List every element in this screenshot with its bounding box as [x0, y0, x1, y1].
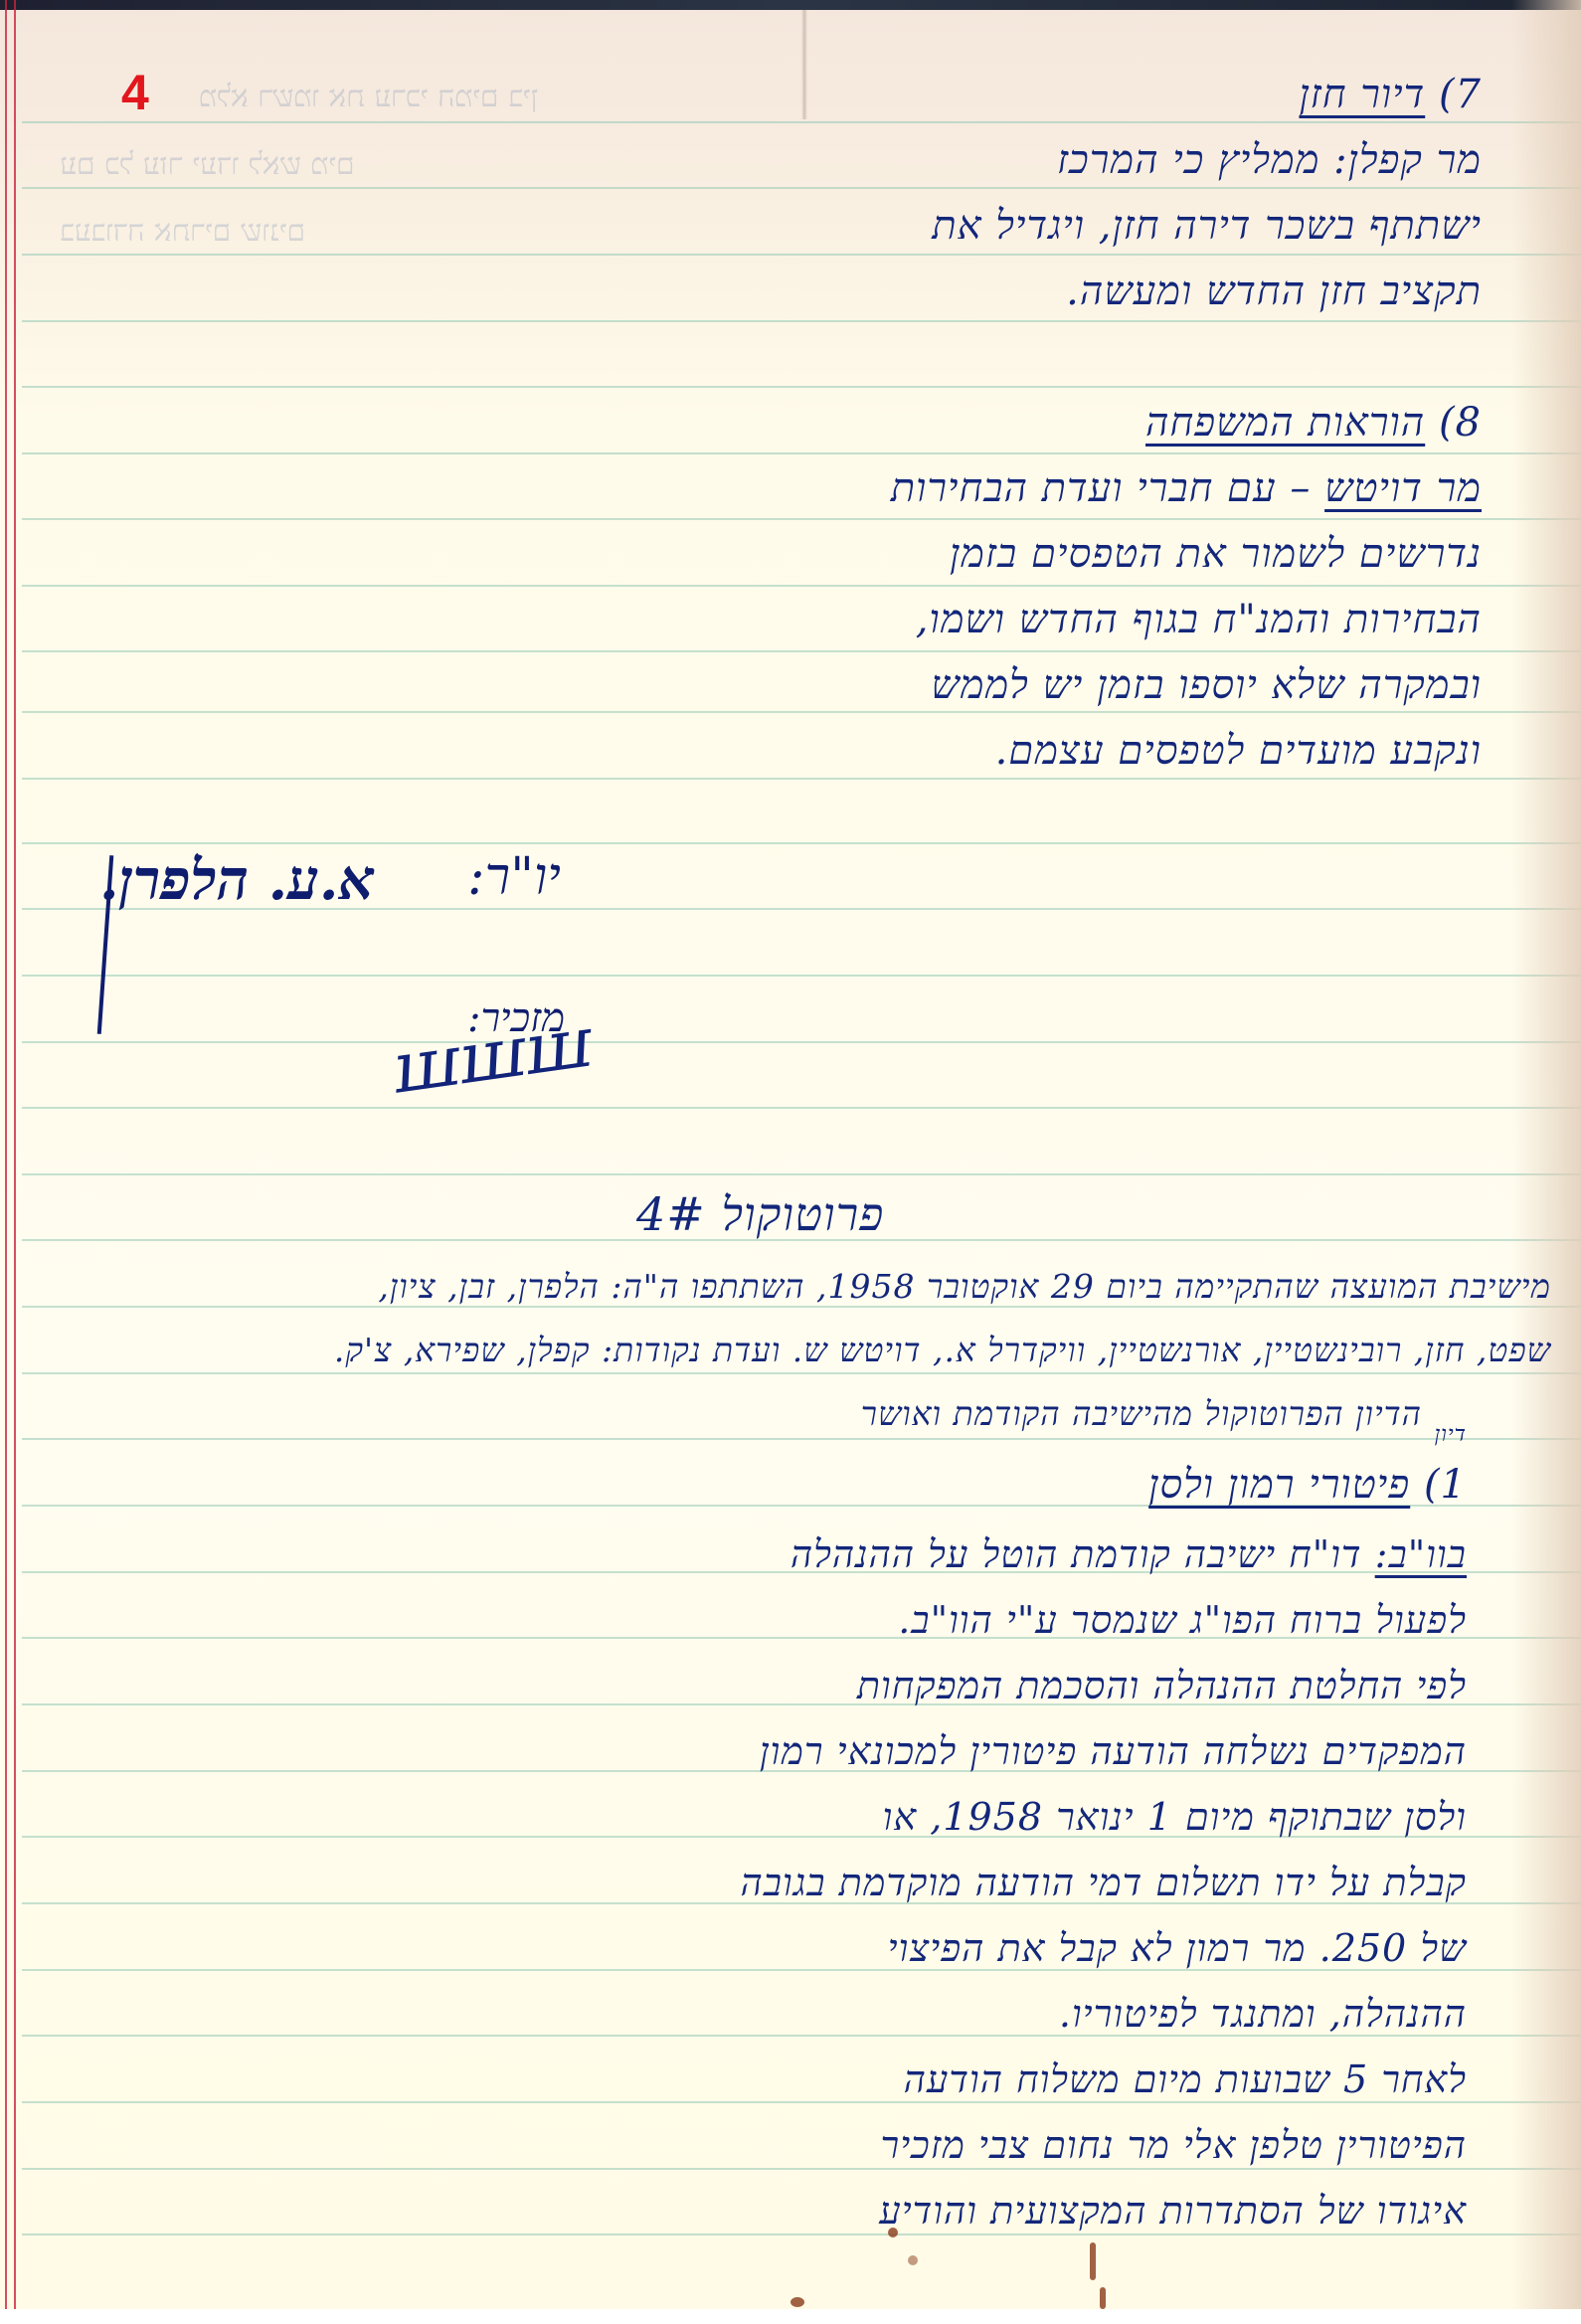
- item1-line: ההנהלה, ומתנגד לפיטוריו.: [740, 1981, 1467, 2047]
- item1-line: ולסן שבתוקף מיום 1 ינואר 1958, או: [740, 1784, 1467, 1850]
- item8-number: 8): [1439, 400, 1482, 446]
- ink-stain: [790, 2297, 804, 2307]
- item1-title-note: דיון: [1435, 1422, 1467, 1448]
- protocol-intro-line: הדיון הפרוטוקול מהישיבה הקודמת ואושר: [334, 1382, 1551, 1446]
- protocol-intro-line: מישיבת המועצה שהתקיימה ביום 29 אוקטובר 1…: [334, 1255, 1551, 1319]
- item1-line: הפיטורין טלפן אלי מר נחום צבי מזכיר: [740, 2112, 1467, 2178]
- protocol-header: פרוטוקול 4#: [636, 1181, 884, 1247]
- item7-heading: 7) דיור חזן: [932, 62, 1482, 127]
- item1-line: לאחר 5 שבועות מיום משלוח הודעה: [740, 2047, 1467, 2112]
- item1-line: לפי החלטת ההנהלה והסכמת המפקחות: [740, 1653, 1467, 1718]
- secretary-signature-scrawl: ꟺꟺꟺ: [388, 1000, 597, 1109]
- item7-title: דיור חזן: [1299, 72, 1425, 117]
- chair-signature-name: א.ע. הלפרן.: [99, 847, 374, 913]
- item1-line: קבלת על ידו תשלום דמי הודעה מוקדמת בגובה: [740, 1850, 1467, 1915]
- item7-number: 7): [1439, 72, 1482, 117]
- item8-title: הוראות המשפחה: [1145, 400, 1425, 446]
- protocol-title: פרוטוקול: [721, 1187, 884, 1241]
- item8-line: הבחירות והמנ"ח בגוף החדש ושמו,: [891, 587, 1482, 652]
- item8-heading: 8) הוראות המשפחה: [891, 390, 1482, 455]
- scan-top-edge: [0, 0, 1581, 10]
- ink-stain: [1100, 2287, 1106, 2309]
- item1-line: של 250. מר רמון לא קבל את הפיצוי: [740, 1915, 1467, 1981]
- item1-number: 1): [1424, 1462, 1467, 1508]
- item8-line: נדרשים לשמור את הטפסים בזמן: [891, 521, 1482, 587]
- page-edge-shadow: [1511, 0, 1581, 2309]
- item1-line: לפעול ברוח הפו"ג שנמסר ע"י הוו"ב.: [740, 1587, 1467, 1653]
- item1-speaker: בוו"ב:: [1375, 1532, 1467, 1576]
- item1-title: פיטורי רמון ולסן: [1148, 1462, 1410, 1508]
- item1-line: המפקדים נשלחה הודעה פיטורין למכונאי רמון: [740, 1718, 1467, 1784]
- bleed-through-text: עם כל עזר יעדו לאש מים: [60, 147, 355, 182]
- item7-line: מר קפלן: ממליץ כי המרכז: [932, 127, 1482, 193]
- protocol-number: 4#: [636, 1187, 706, 1241]
- item1-body: בוו"ב: דו"ח ישיבה קודמת הוטל על ההנהלה ל…: [740, 1521, 1467, 2243]
- item8-speaker: מר דויטש: [1324, 465, 1482, 511]
- page-number: 4: [121, 68, 149, 117]
- item8: 8) הוראות המשפחה מר דויטש – עם חברי ועדת…: [891, 390, 1482, 784]
- paper-fold: [801, 10, 807, 119]
- notebook-page: 4 מלא רשמו את ערכי המים בין עם כל עזר יע…: [0, 0, 1581, 2309]
- bleed-through-text: בעבודה אתרים שונים: [60, 214, 305, 249]
- item8-line: ובמקרה שלא יוספו בזמן יש לממש: [891, 652, 1482, 718]
- ink-stain: [1090, 2242, 1096, 2280]
- ink-stain: [908, 2255, 918, 2265]
- ink-stain: [888, 2228, 898, 2237]
- chair-signature-label: יו"ר:: [467, 847, 561, 907]
- item7-line: תקציב חזן החדש ומעשה.: [932, 259, 1482, 324]
- margin-line-outer: [5, 0, 7, 2309]
- item7-line: ישתתף בשכר דירה חזן, ויגדיל את: [932, 193, 1482, 259]
- item8-line: ונקבע מועדים לטפסים עצמם.: [891, 718, 1482, 784]
- item7: 7) דיור חזן מר קפלן: ממליץ כי המרכז ישתת…: [932, 62, 1482, 324]
- item1-line: איגודו של הסתדרות המקצועית והודיע: [740, 2178, 1467, 2243]
- bleed-through-text: מלא רשמו את ערכי המים בין: [199, 80, 538, 114]
- protocol-intro-line: שפט, חזן, רובינשטיין, אורנשטיין, וויקדרל…: [334, 1319, 1551, 1382]
- item8-line: מר דויטש – עם חברי ועדת הבחירות: [891, 455, 1482, 521]
- protocol-intro: מישיבת המועצה שהתקיימה ביום 29 אוקטובר 1…: [334, 1255, 1551, 1446]
- item1-line: בוו"ב: דו"ח ישיבה קודמת הוטל על ההנהלה: [740, 1521, 1467, 1587]
- margin-line-inner: [14, 0, 16, 2309]
- item1-heading: 1) פיטורי רמון ולסן: [1148, 1452, 1467, 1518]
